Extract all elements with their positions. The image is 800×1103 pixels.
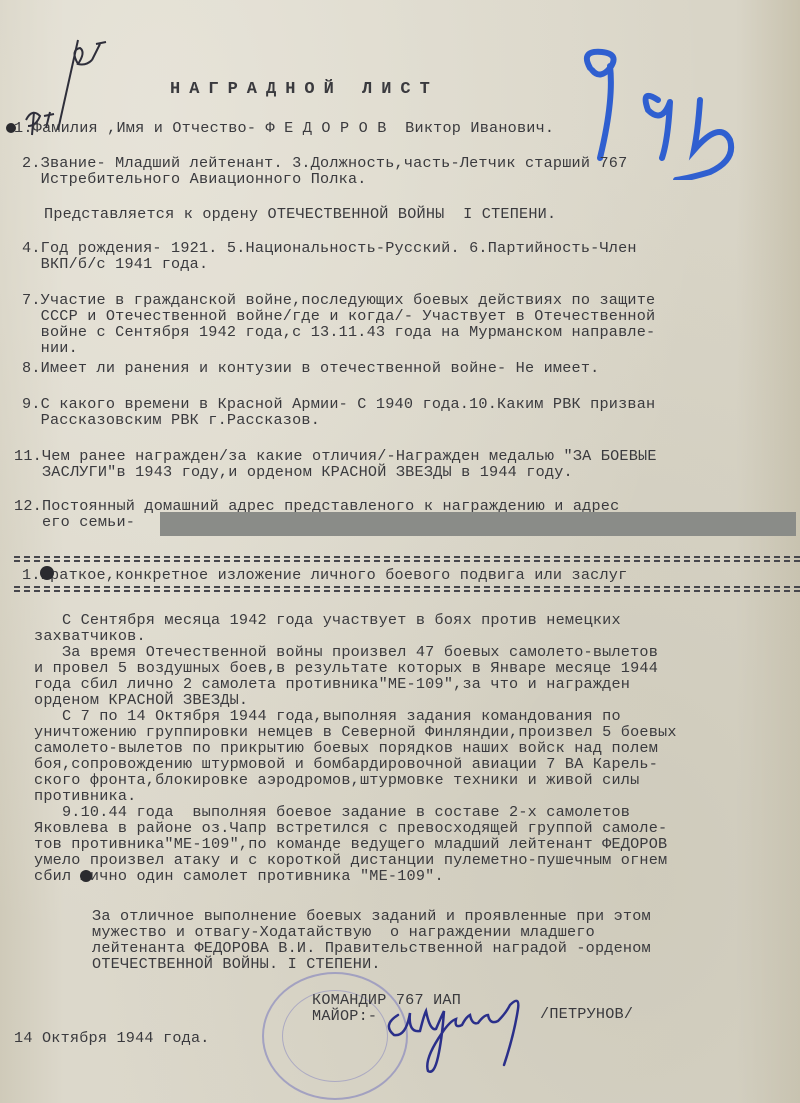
petition-line: лейтенанта ФЕДОРОВА В.И. Правительственн… xyxy=(92,940,651,956)
field-birth-nationality-party: 4.Год рождения- 1921. 5.Национальность-Р… xyxy=(22,240,637,256)
narrative-line: Яковлева в районе оз.Чапр встретился с п… xyxy=(34,820,667,836)
petition-line: мужество и отвагу-Ходатайствую о награжд… xyxy=(92,924,595,940)
commander-rank: МАЙОР:- xyxy=(312,1008,377,1024)
petition-line: За отличное выполнение боевых заданий и … xyxy=(92,908,651,924)
field-full-name: 1.Фамилия ,Имя и Отчество- Ф Е Д О Р О В… xyxy=(14,120,554,136)
field-army-service: 9.С какого времени в Красной Армии- С 19… xyxy=(22,396,655,412)
field-previous-awards: 11.Чем ранее награжден/за какие отличия/… xyxy=(14,448,657,464)
field-war-participation-4: нии. xyxy=(22,340,78,356)
field-previous-awards-cont: ЗАСЛУГИ"в 1943 году,и орденом КРАСНОЙ ЗВ… xyxy=(14,464,573,480)
narrative-line: противника. xyxy=(34,788,136,804)
field-war-participation-3: войне с Сентября 1942 года,с 13.11.43 го… xyxy=(22,324,655,340)
section-rule-bottom xyxy=(14,586,800,592)
ink-blot xyxy=(40,566,54,580)
narrative-line: захватчиков. xyxy=(34,628,146,644)
narrative-line: года сбил лично 2 самолета противника"МЕ… xyxy=(34,676,630,692)
award-presented-line: Представляется к ордену ОТЕЧЕСТВЕННОЙ ВО… xyxy=(44,206,556,222)
petition-line: ОТЕЧЕСТВЕННОЙ ВОЙНЫ. I СТЕПЕНИ. xyxy=(92,956,381,972)
narrative-line: сбил лично один самолет противника "МЕ-1… xyxy=(34,868,444,884)
narrative-line: умело произвел атаку и с короткой дистан… xyxy=(34,852,667,868)
field-rank-position-cont: Истребительного Авиационного Полка. xyxy=(22,171,367,187)
redacted-address xyxy=(160,512,796,536)
field-rank-position: 2.Звание- Младший лейтенант. 3.Должность… xyxy=(22,155,627,171)
narrative-line: боя,сопровождению штурмовой и бомбардиро… xyxy=(34,756,658,772)
field-war-participation: 7.Участие в гражданской войне,последующи… xyxy=(22,292,655,308)
narrative-line: 9.10.44 года выполняя боевое задание в с… xyxy=(34,804,630,820)
narrative-line: и провел 5 воздушных боев,в результате к… xyxy=(34,660,658,676)
field-war-participation-2: СССР и Отечественной войне/где и когда/-… xyxy=(22,308,655,324)
field-home-address-cont: его семьи- xyxy=(14,514,135,530)
ink-blot xyxy=(6,123,16,133)
field-army-service-cont: Рассказовским РВК г.Рассказов. xyxy=(22,412,320,428)
field-wounds: 8.Имеет ли ранения и контузии в отечеств… xyxy=(22,360,599,376)
field-party-cont: ВКП/б/с 1941 года. xyxy=(22,256,208,272)
ink-blot xyxy=(80,870,92,882)
narrative-line: С 7 по 14 Октября 1944 года,выполняя зад… xyxy=(34,708,621,724)
narrative-line: За время Отечественной войны произвел 47… xyxy=(34,644,658,660)
document-date: 14 Октября 1944 года. xyxy=(14,1030,210,1046)
commander-signature xyxy=(380,985,580,1085)
narrative-line: тов противника"МЕ-109",по команде ведуще… xyxy=(34,836,667,852)
narrative-line: самолето-вылетов по прикрытию боевых пор… xyxy=(34,740,658,756)
narrative-line: уничтожению группировки немцев в Северно… xyxy=(34,724,677,740)
narrative-line: ского фронта,блокировке аэродромов,штурм… xyxy=(34,772,639,788)
section-heading: 1.Краткое,конкретное изложение личного б… xyxy=(22,567,627,583)
section-rule-top xyxy=(14,556,800,562)
document-title: НАГРАДНОЙ ЛИСТ xyxy=(170,80,439,99)
narrative-line: орденом КРАСНОЙ ЗВЕЗДЫ. xyxy=(34,692,248,708)
narrative-line: С Сентября месяца 1942 года участвует в … xyxy=(34,612,621,628)
